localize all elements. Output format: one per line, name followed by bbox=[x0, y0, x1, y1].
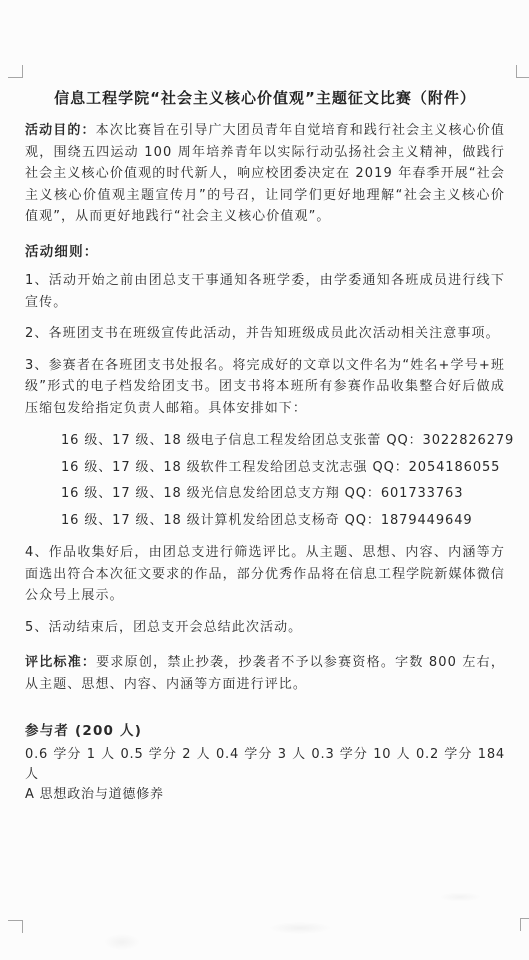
purpose-text: 本次比赛旨在引导广大团员青年自觉培育和践行社会主义核心价值观，围绕五四运动 10… bbox=[25, 123, 505, 224]
criteria-text: 要求原创，禁止抄袭，抄袭者不予以参赛资格。字数 800 左右，从主题、思想、内容… bbox=[25, 655, 505, 692]
participants-heading: 参与者 (200 人) bbox=[25, 721, 505, 743]
crop-mark-bottom-left bbox=[8, 920, 23, 933]
rule-item-1: 1、活动开始之前由团总支干事通知各班学委，由学委通知各班成员进行线下宣传。 bbox=[25, 270, 505, 313]
purpose-label: 活动目的： bbox=[25, 123, 96, 138]
document-page: 信息工程学院“社会主义核心价值观”主题征文比赛（附件） 活动目的：本次比赛旨在引… bbox=[0, 0, 529, 960]
crop-mark-bottom-right bbox=[520, 918, 529, 931]
rule-item-5: 5、活动结束后，团总支开会总结此次活动。 bbox=[25, 617, 505, 639]
contact-line-software: 16 级、17 级、18 级软件工程发给团总支沈志强 QQ：2054186055 bbox=[61, 456, 505, 480]
crop-mark-top-left bbox=[8, 65, 23, 78]
criteria-label: 评比标准： bbox=[25, 655, 96, 670]
contact-list: 16 级、17 级、18 级电子信息工程发给团总支张蕾 QQ：302282627… bbox=[25, 429, 505, 532]
contact-line-computer: 16 级、17 级、18 级计算机发给团总支杨奇 QQ：1879449649 bbox=[61, 509, 505, 533]
rules-heading: 活动细则： bbox=[25, 242, 505, 264]
contact-line-optical-info: 16 级、17 级、18 级光信息发给团总支方翔 QQ：601733763 bbox=[61, 482, 505, 506]
criteria-paragraph: 评比标准：要求原创，禁止抄袭，抄袭者不予以参赛资格。字数 800 左右，从主题、… bbox=[25, 652, 505, 695]
contact-line-electronic-info: 16 级、17 级、18 级电子信息工程发给团总支张蕾 QQ：302282627… bbox=[61, 429, 505, 453]
rule-item-2: 2、各班团支书在班级宣传此活动，并告知班级成员此次活动相关注意事项。 bbox=[25, 323, 505, 345]
crop-mark-top-right bbox=[516, 65, 529, 78]
document-title: 信息工程学院“社会主义核心价值观”主题征文比赛（附件） bbox=[25, 88, 505, 108]
rule-item-4: 4、作品收集好后，由团总支进行筛选评比。从主题、思想、内容、内涵等方面选出符合本… bbox=[25, 542, 505, 607]
rule-item-3: 3、参赛者在各班团支书处报名。将完成好的文章以文件名为“姓名+学号+班级”形式的… bbox=[25, 355, 505, 420]
document-content: 信息工程学院“社会主义核心价值观”主题征文比赛（附件） 活动目的：本次比赛旨在引… bbox=[25, 88, 505, 805]
purpose-paragraph: 活动目的：本次比赛旨在引导广大团员青年自觉培育和践行社会主义核心价值观，围绕五四… bbox=[25, 120, 505, 228]
category-line: A 思想政治与道德修养 bbox=[25, 785, 505, 805]
credits-line: 0.6 学分 1 人 0.5 学分 2 人 0.4 学分 3 人 0.3 学分 … bbox=[25, 745, 505, 785]
